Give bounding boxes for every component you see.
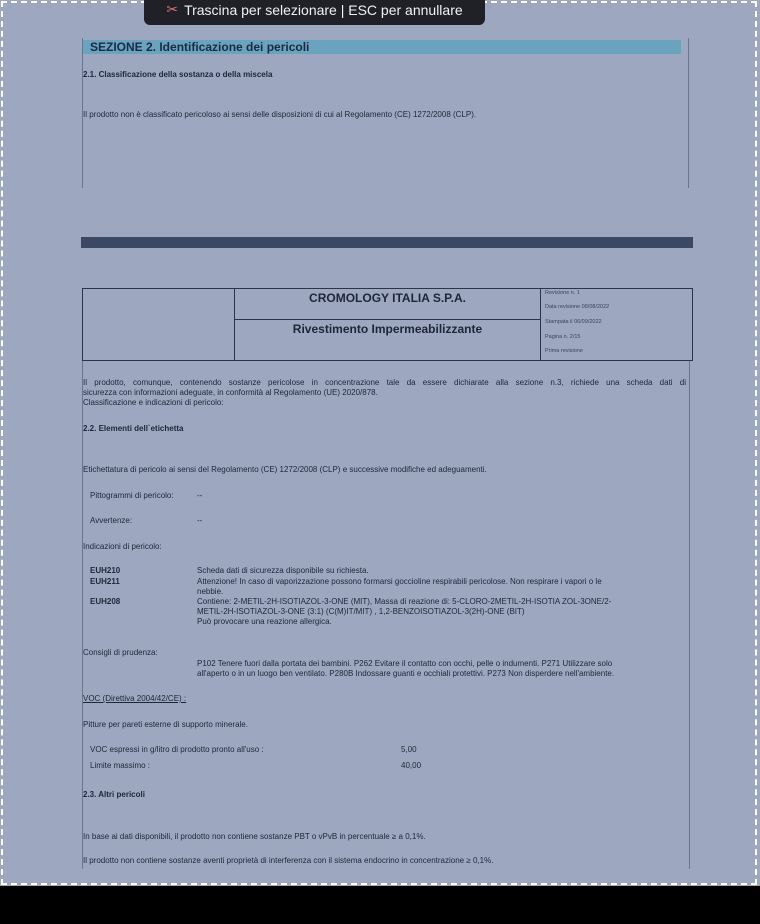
page-separator (81, 237, 693, 248)
snip-toast: ✂ Trascina per selezionare | ESC per ann… (144, 0, 485, 25)
print-date: Stampata il 06/09/2022 (545, 319, 602, 325)
warnings-label: Avvertenze: (90, 516, 132, 525)
section-title: SEZIONE 2. Identificazione dei pericoli (90, 40, 309, 54)
voc-row-value: 40,00 (401, 761, 421, 770)
labeling-text: Etichettatura di pericolo ai sensi del R… (83, 465, 487, 474)
pbt-statement: In base ai dati disponibili, il prodotto… (83, 832, 426, 841)
company-name: CROMOLOGY ITALIA S.P.A. (235, 291, 540, 305)
pictograms-value: -- (197, 491, 202, 500)
euh-text: Contiene: 2-METIL-2H-ISOTIAZOL-3-ONE (MI… (197, 597, 667, 627)
revision-note: Prima revisione (545, 348, 583, 354)
page1-right-border (688, 38, 689, 188)
euh-code: EUH211 (90, 577, 120, 586)
scissors-icon: ✂ (166, 1, 178, 18)
revision-number: Revisione n. 1 (545, 290, 580, 296)
endocrine-statement: Il prodotto non contiene sostanze aventi… (83, 856, 493, 865)
subsection-title-2-1: 2.1. Classificazione della sostanza o de… (83, 70, 272, 79)
pictograms-label: Pittogrammi di pericolo: (90, 491, 174, 500)
page-number: Pagina n. 2/15 (545, 334, 580, 340)
euh-code: EUH210 (90, 566, 120, 575)
warnings-value: -- (197, 516, 202, 525)
voc-row-label: VOC espressi in g/litro di prodotto pron… (90, 745, 264, 754)
document-header-table: CROMOLOGY ITALIA S.P.A. Rivestimento Imp… (82, 288, 693, 361)
precautions-text: P102 Tenere fuori dalla portata dei bamb… (197, 659, 677, 679)
voc-row-label: Limite massimo : (90, 761, 150, 770)
intro-paragraph: Il prodotto, comunque, contenendo sostan… (83, 378, 686, 408)
hazard-statements-label: Indicazioni di pericolo: (83, 542, 162, 551)
voc-title: VOC (Direttiva 2004/42/CE) : (83, 694, 186, 703)
precautions-label: Consigli di prudenza: (83, 648, 158, 657)
subsection-title-2-3: 2.3. Altri pericoli (83, 790, 145, 799)
page2-right-border (689, 361, 690, 869)
classification-paragraph: Il prodotto non è classificato pericolos… (83, 110, 476, 119)
subsection-title-2-2: 2.2. Elementi dell`etichetta (83, 424, 183, 433)
voc-row-value: 5,00 (401, 745, 417, 754)
euh-text: Scheda dati di sicurezza disponibile su … (197, 566, 667, 576)
revision-date: Data revisione 08/08/2022 (545, 304, 609, 310)
euh-code: EUH208 (90, 597, 120, 606)
toast-text: Trascina per selezionare | ESC per annul… (184, 2, 463, 18)
euh-text: Attenzione! In caso di vaporizzazione po… (197, 577, 667, 597)
product-name: Rivestimento Impermeabilizzante (235, 322, 540, 336)
voc-description: Pitture per pareti esterne di supporto m… (83, 720, 248, 729)
